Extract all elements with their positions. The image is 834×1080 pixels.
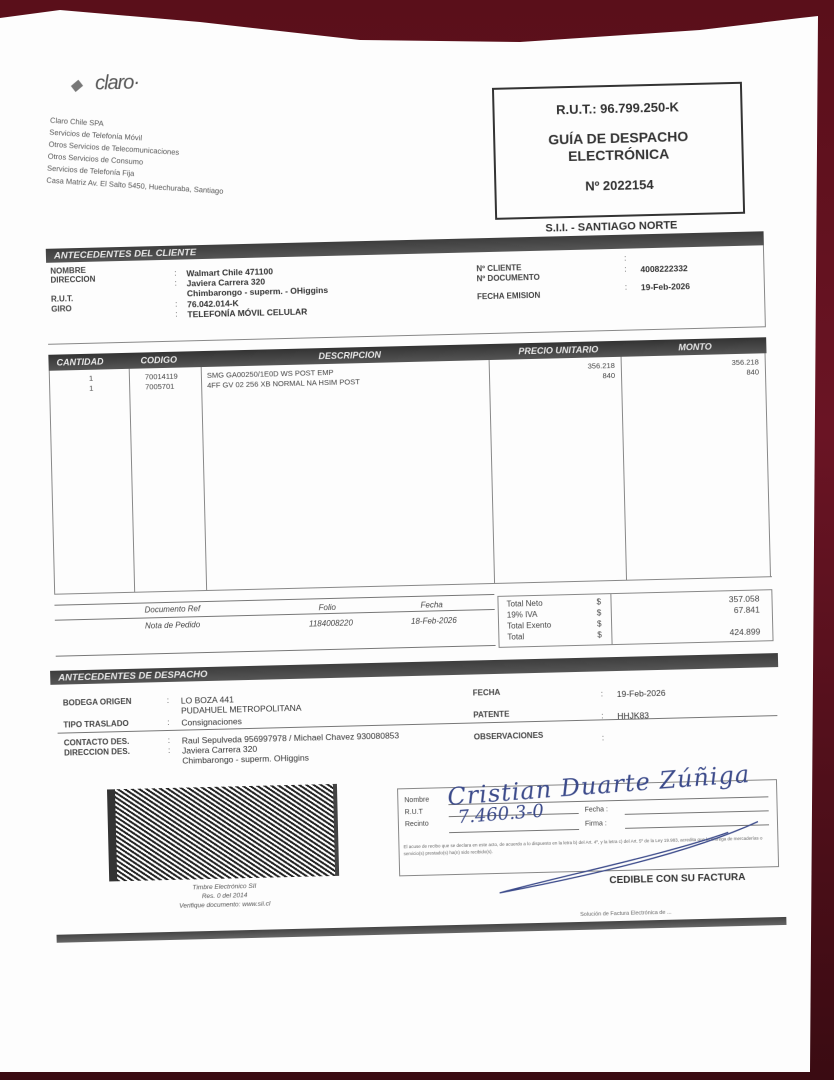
reference-documents: Documento Ref Folio Fecha Nota de Pedido… — [54, 594, 495, 657]
col-codigo: CODIGO — [140, 355, 177, 366]
items-table: CANTIDAD CODIGO DESCRIPCION PRECIO UNITA… — [48, 337, 772, 594]
origin-warehouse-2: PUDAHUEL METROPOLITANA — [181, 703, 302, 716]
label-n-cliente: Nº CLIENTE — [476, 263, 521, 273]
ref-header-fecha: Fecha — [420, 600, 442, 610]
document-title: GUÍA DE DESPACHO ELECTRÓNICA — [495, 127, 742, 167]
timbre-caption: Timbre Electrónico SII Res. 0 del 2014 V… — [109, 880, 340, 913]
label-acuse-fecha: Fecha : — [585, 806, 609, 814]
dispatch-guide-document: ◆claro· Claro Chile SPA Servicios de Tel… — [29, 41, 791, 959]
document-number: Nº 2022154 — [496, 175, 742, 196]
label-direccion-des: DIRECCION DES. — [64, 747, 130, 758]
col-precio-unitario: PRECIO UNITARIO — [518, 344, 598, 356]
dispatch-address-2: Chimbarongo - superm. OHiggins — [182, 753, 309, 766]
label-patente: PATENTE — [473, 710, 509, 720]
pdf417-barcode — [107, 784, 339, 882]
client-address-2: Chimbarongo - superm. - OHiggins — [187, 285, 328, 298]
label-acuse-rut: R.U.T — [405, 809, 423, 816]
document-id-box: R.U.T.: 96.799.250-K GUÍA DE DESPACHO EL… — [492, 82, 745, 220]
sii-office: S.I.I. - SANTIAGO NORTE — [545, 219, 677, 234]
col-cantidad: CANTIDAD — [56, 356, 103, 367]
claro-logo: ◆claro· — [69, 71, 139, 96]
label-acuse-nombre: Nombre — [404, 797, 429, 805]
client-giro: TELEFONÍA MÓVIL CELULAR — [187, 306, 307, 319]
issue-date: 19-Feb-2026 — [641, 281, 690, 292]
transfer-type: Consignaciones — [181, 716, 242, 727]
total-row-neto: Total Neto $ 357.058 — [498, 590, 771, 597]
ref-header-folio: Folio — [318, 603, 336, 612]
label-contacto: CONTACTO DES. — [64, 737, 130, 748]
issuer-rut: R.U.T.: 96.799.250-K — [494, 98, 740, 119]
col-monto: MONTO — [678, 342, 712, 353]
label-rut: R.U.T. — [51, 294, 73, 304]
label-bodega-origen: BODEGA ORIGEN — [63, 697, 132, 708]
document-ref-number: 4008222332 — [640, 263, 688, 274]
label-fecha-emision: FECHA EMISION — [477, 291, 540, 302]
items-table-header: CANTIDAD CODIGO DESCRIPCION PRECIO UNITA… — [48, 337, 766, 371]
client-section: NOMBRE DIRECCION R.U.T. GIRO : : : : Wal… — [46, 245, 766, 345]
label-giro: GIRO — [51, 304, 72, 313]
dispatch-contact: Raul Sepulveda 956997978 / Michael Chave… — [182, 730, 400, 745]
dispatch-section-header: ANTECEDENTES DE DESPACHO — [50, 653, 778, 685]
label-fecha: FECHA — [473, 688, 501, 698]
dispatch-date: 19-Feb-2026 — [617, 688, 666, 699]
label-direccion: DIRECCION — [50, 275, 95, 285]
logo-dot-icon: ◆ — [70, 77, 82, 94]
label-observaciones: OBSERVACIONES — [474, 731, 544, 742]
label-acuse-recinto: Recinto — [405, 821, 429, 829]
footer-bar — [57, 917, 787, 943]
issuer-info: Claro Chile SPA Servicios de Telefonía M… — [46, 115, 227, 198]
col-descripcion: DESCRIPCION — [318, 350, 381, 362]
label-n-documento: Nº DOCUMENTO — [477, 273, 540, 284]
label-tipo-traslado: TIPO TRASLADO — [63, 719, 129, 730]
footer-provider-text: Solución de Factura Electrónica de ... — [580, 910, 672, 918]
ref-header-documento: Documento Ref — [144, 604, 200, 614]
totals-box: Total Neto $ 357.058 19% IVA $ 67.841 To… — [497, 589, 773, 648]
